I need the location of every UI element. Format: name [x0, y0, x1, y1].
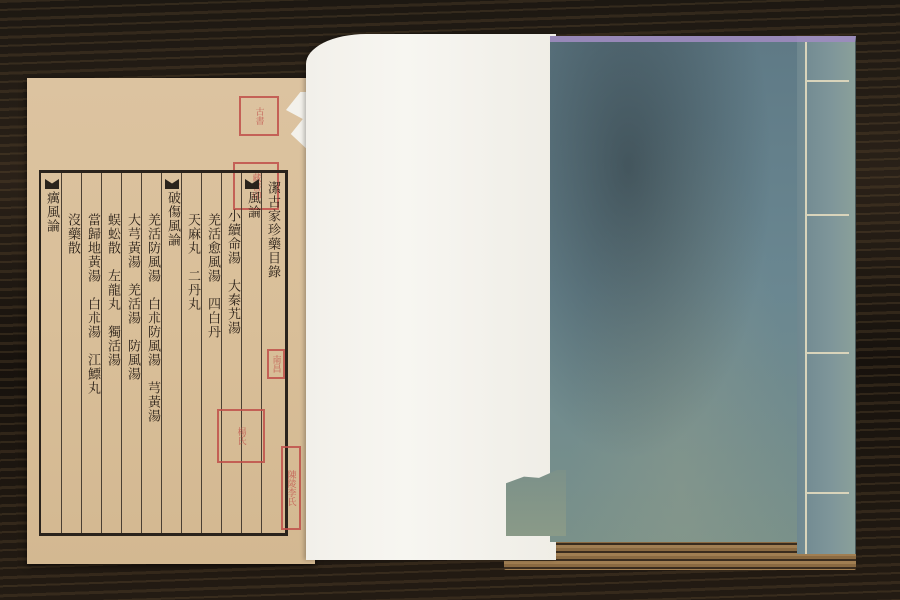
seal-lower: 南昌 [267, 349, 285, 379]
binding-stitch [805, 214, 849, 216]
text-column: 沒藥散 [65, 213, 79, 255]
seal-top: 古書 [239, 96, 279, 136]
section-mark-icon [245, 179, 259, 189]
text-column: 當歸地黃湯 白朮湯 江鰾丸 [85, 213, 99, 395]
section-heading: 風論 [245, 191, 259, 219]
bound-spine [797, 36, 856, 554]
section-mark-icon [165, 179, 179, 189]
seal-edge: 陳陵李氏 [281, 446, 301, 530]
text-column: 小續命湯 大秦艽湯 [225, 209, 239, 335]
text-column: 羌活防風湯 白朮防風湯 芎黃湯 [145, 213, 159, 423]
left-page: 古書 藏書印 潔古家珍藥目錄 風論 小續命湯 大秦艽湯 羌活愈風湯 四白丹 天麻… [27, 78, 315, 564]
binding-stitch [805, 492, 849, 494]
binding-stitch [805, 80, 849, 82]
text-column: 大芎黃湯 羌活湯 防風湯 [125, 213, 139, 381]
text-column: 羌活愈風湯 四白丹 [205, 213, 219, 339]
title-column: 潔古家珍藥目錄 [265, 181, 279, 279]
book-cover [550, 36, 812, 542]
binding-stitch [805, 352, 849, 354]
section-mark-icon [45, 179, 59, 189]
binding-thread [805, 42, 807, 554]
section-heading: 破傷風論 [165, 191, 179, 247]
text-column: 天麻丸 二丹丸 [185, 213, 199, 311]
section-heading: 癘風論 [44, 191, 58, 233]
text-frame: 潔古家珍藥目錄 風論 小續命湯 大秦艽湯 羌活愈風湯 四白丹 天麻丸 二丹丸 破… [39, 170, 288, 536]
text-column: 蜈蚣散 左龍丸 獨活湯 [105, 213, 119, 367]
seal-middle: 楊氏 [217, 409, 265, 463]
